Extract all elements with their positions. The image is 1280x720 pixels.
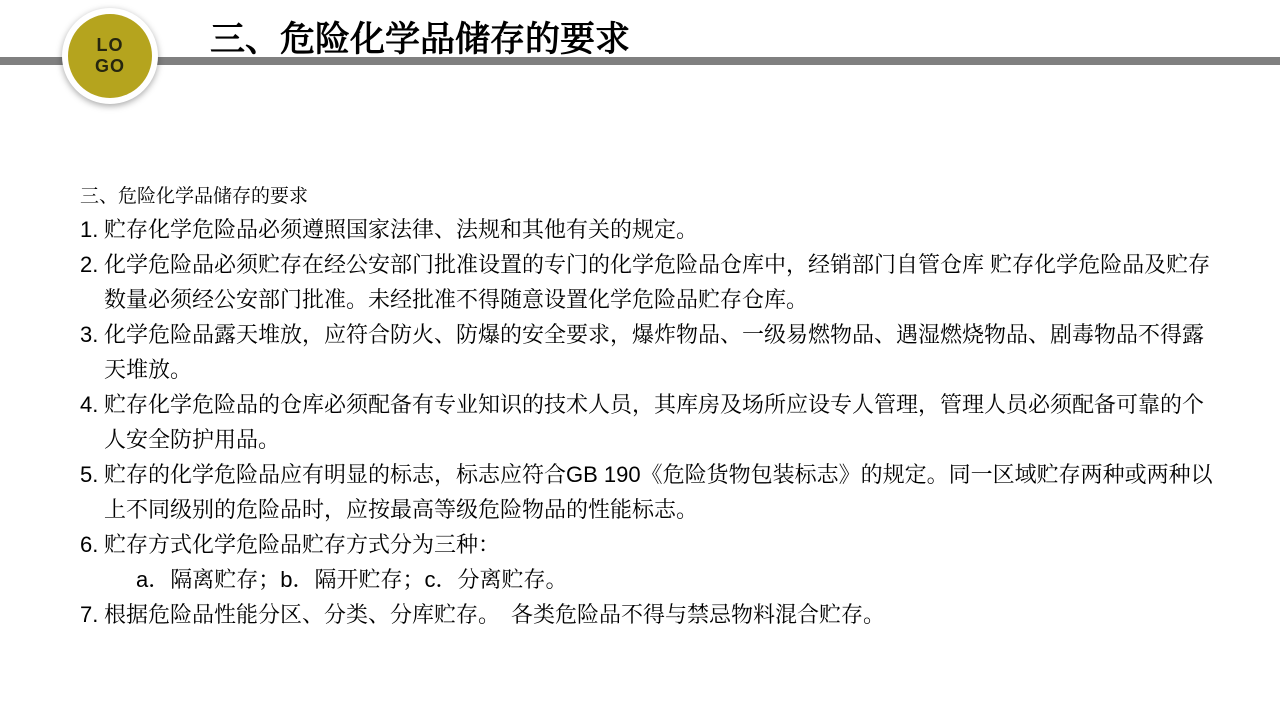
list-item-number: 6. [80, 527, 104, 597]
list-item-number: 1. [80, 212, 104, 247]
header-divider-line [0, 57, 1280, 65]
list-item: 2. 化学危险品必须贮存在经公安部门批准设置的专门的化学危险品仓库中，经销部门自… [80, 247, 1220, 317]
list-item-text: 贮存的化学危险品应有明显的标志，标志应符合GB 190《危险货物包装标志》的规定… [104, 457, 1220, 527]
slide: LO GO 三、危险化学品储存的要求 三、危险化学品储存的要求 1. 贮存化学危… [0, 0, 1280, 720]
list-item: 7. 根据危险品性能分区、分类、分库贮存。 各类危险品不得与禁忌物料混合贮存。 [80, 597, 1220, 632]
list-item-number: 5. [80, 457, 104, 527]
list-item: 1. 贮存化学危险品必须遵照国家法律、法规和其他有关的规定。 [80, 212, 1220, 247]
list-item-subtext: a．隔离贮存；b．隔开贮存；c．分离贮存。 [136, 562, 1220, 597]
list-item: 6. 贮存方式化学危险品贮存方式分为三种： a．隔离贮存；b．隔开贮存；c．分离… [80, 527, 1220, 597]
list-item-number: 3. [80, 317, 104, 387]
list-item-text: 贮存化学危险品的仓库必须配备有专业知识的技术人员，其库房及场所应设专人管理，管理… [104, 387, 1220, 457]
slide-title: 三、危险化学品储存的要求 [210, 21, 630, 59]
list-item: 4. 贮存化学危险品的仓库必须配备有专业知识的技术人员，其库房及场所应设专人管理… [80, 387, 1220, 457]
list-item-text: 根据危险品性能分区、分类、分库贮存。 各类危险品不得与禁忌物料混合贮存。 [104, 597, 1220, 632]
logo-text-line1: LO [97, 35, 124, 56]
list-item-text: 贮存化学危险品必须遵照国家法律、法规和其他有关的规定。 [104, 212, 1220, 247]
list-item-text: 化学危险品露天堆放，应符合防火、防爆的安全要求，爆炸物品、一级易燃物品、遇湿燃烧… [104, 317, 1220, 387]
list-item-number: 2. [80, 247, 104, 317]
logo-text-line2: GO [95, 56, 125, 77]
list-item-number: 4. [80, 387, 104, 457]
section-heading: 三、危险化学品储存的要求 [80, 182, 1220, 212]
logo-badge: LO GO [62, 8, 158, 104]
content-area: 三、危险化学品储存的要求 1. 贮存化学危险品必须遵照国家法律、法规和其他有关的… [80, 182, 1220, 632]
list-item: 3. 化学危险品露天堆放，应符合防火、防爆的安全要求，爆炸物品、一级易燃物品、遇… [80, 317, 1220, 387]
list-item-text: 贮存方式化学危险品贮存方式分为三种： [104, 527, 1220, 562]
list-item-text: 化学危险品必须贮存在经公安部门批准设置的专门的化学危险品仓库中，经销部门自管仓库… [104, 247, 1220, 317]
list-item: 5. 贮存的化学危险品应有明显的标志，标志应符合GB 190《危险货物包装标志》… [80, 457, 1220, 527]
list-item-number: 7. [80, 597, 104, 632]
